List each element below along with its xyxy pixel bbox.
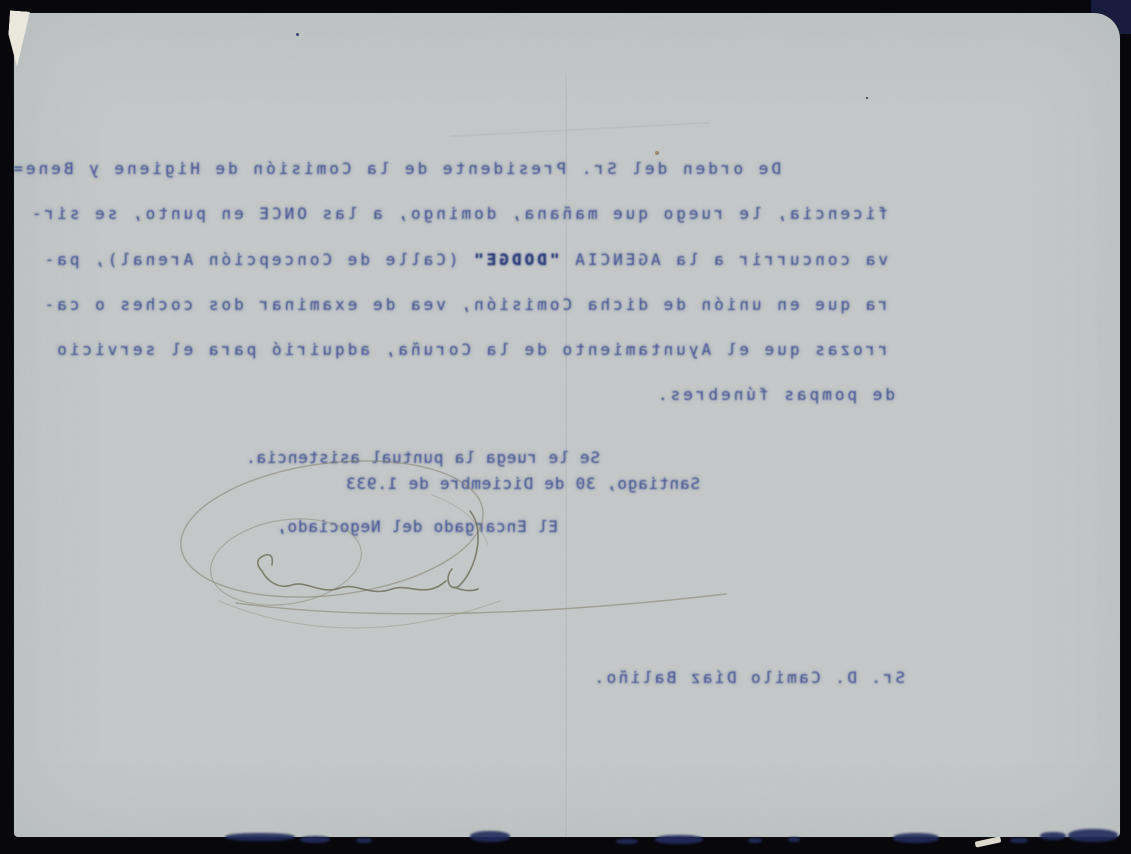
ink-smudge	[470, 831, 510, 842]
paper-sliver	[975, 836, 1002, 847]
pencil-arc-upper	[432, 495, 488, 545]
signature-squiggle	[262, 571, 446, 591]
stain-speck	[655, 151, 659, 155]
ink-smudge	[1010, 838, 1028, 843]
stamp-oval-inner	[204, 509, 367, 616]
ink-smudge	[1068, 829, 1118, 842]
ink-smudge	[356, 838, 372, 843]
letter-page: De orden del Sr. Presidente de la Comisi…	[14, 13, 1120, 837]
ink-smudge	[893, 833, 939, 843]
stamp-oval-outer	[173, 445, 491, 613]
ink-smudge	[748, 838, 762, 843]
ink-smudge	[788, 837, 800, 842]
dust-speck	[866, 97, 868, 99]
ink-smudge	[655, 835, 703, 844]
scan-viewport: { "document": { "kind": "typewritten let…	[0, 0, 1131, 854]
ink-smudge	[616, 839, 638, 844]
ink-smudge	[300, 836, 330, 843]
signature-start-loop	[258, 555, 273, 571]
ink-smudge	[1040, 832, 1066, 840]
ink-smudge	[225, 833, 295, 841]
ink-speck	[296, 33, 299, 36]
stamp-and-signature	[14, 13, 1120, 837]
